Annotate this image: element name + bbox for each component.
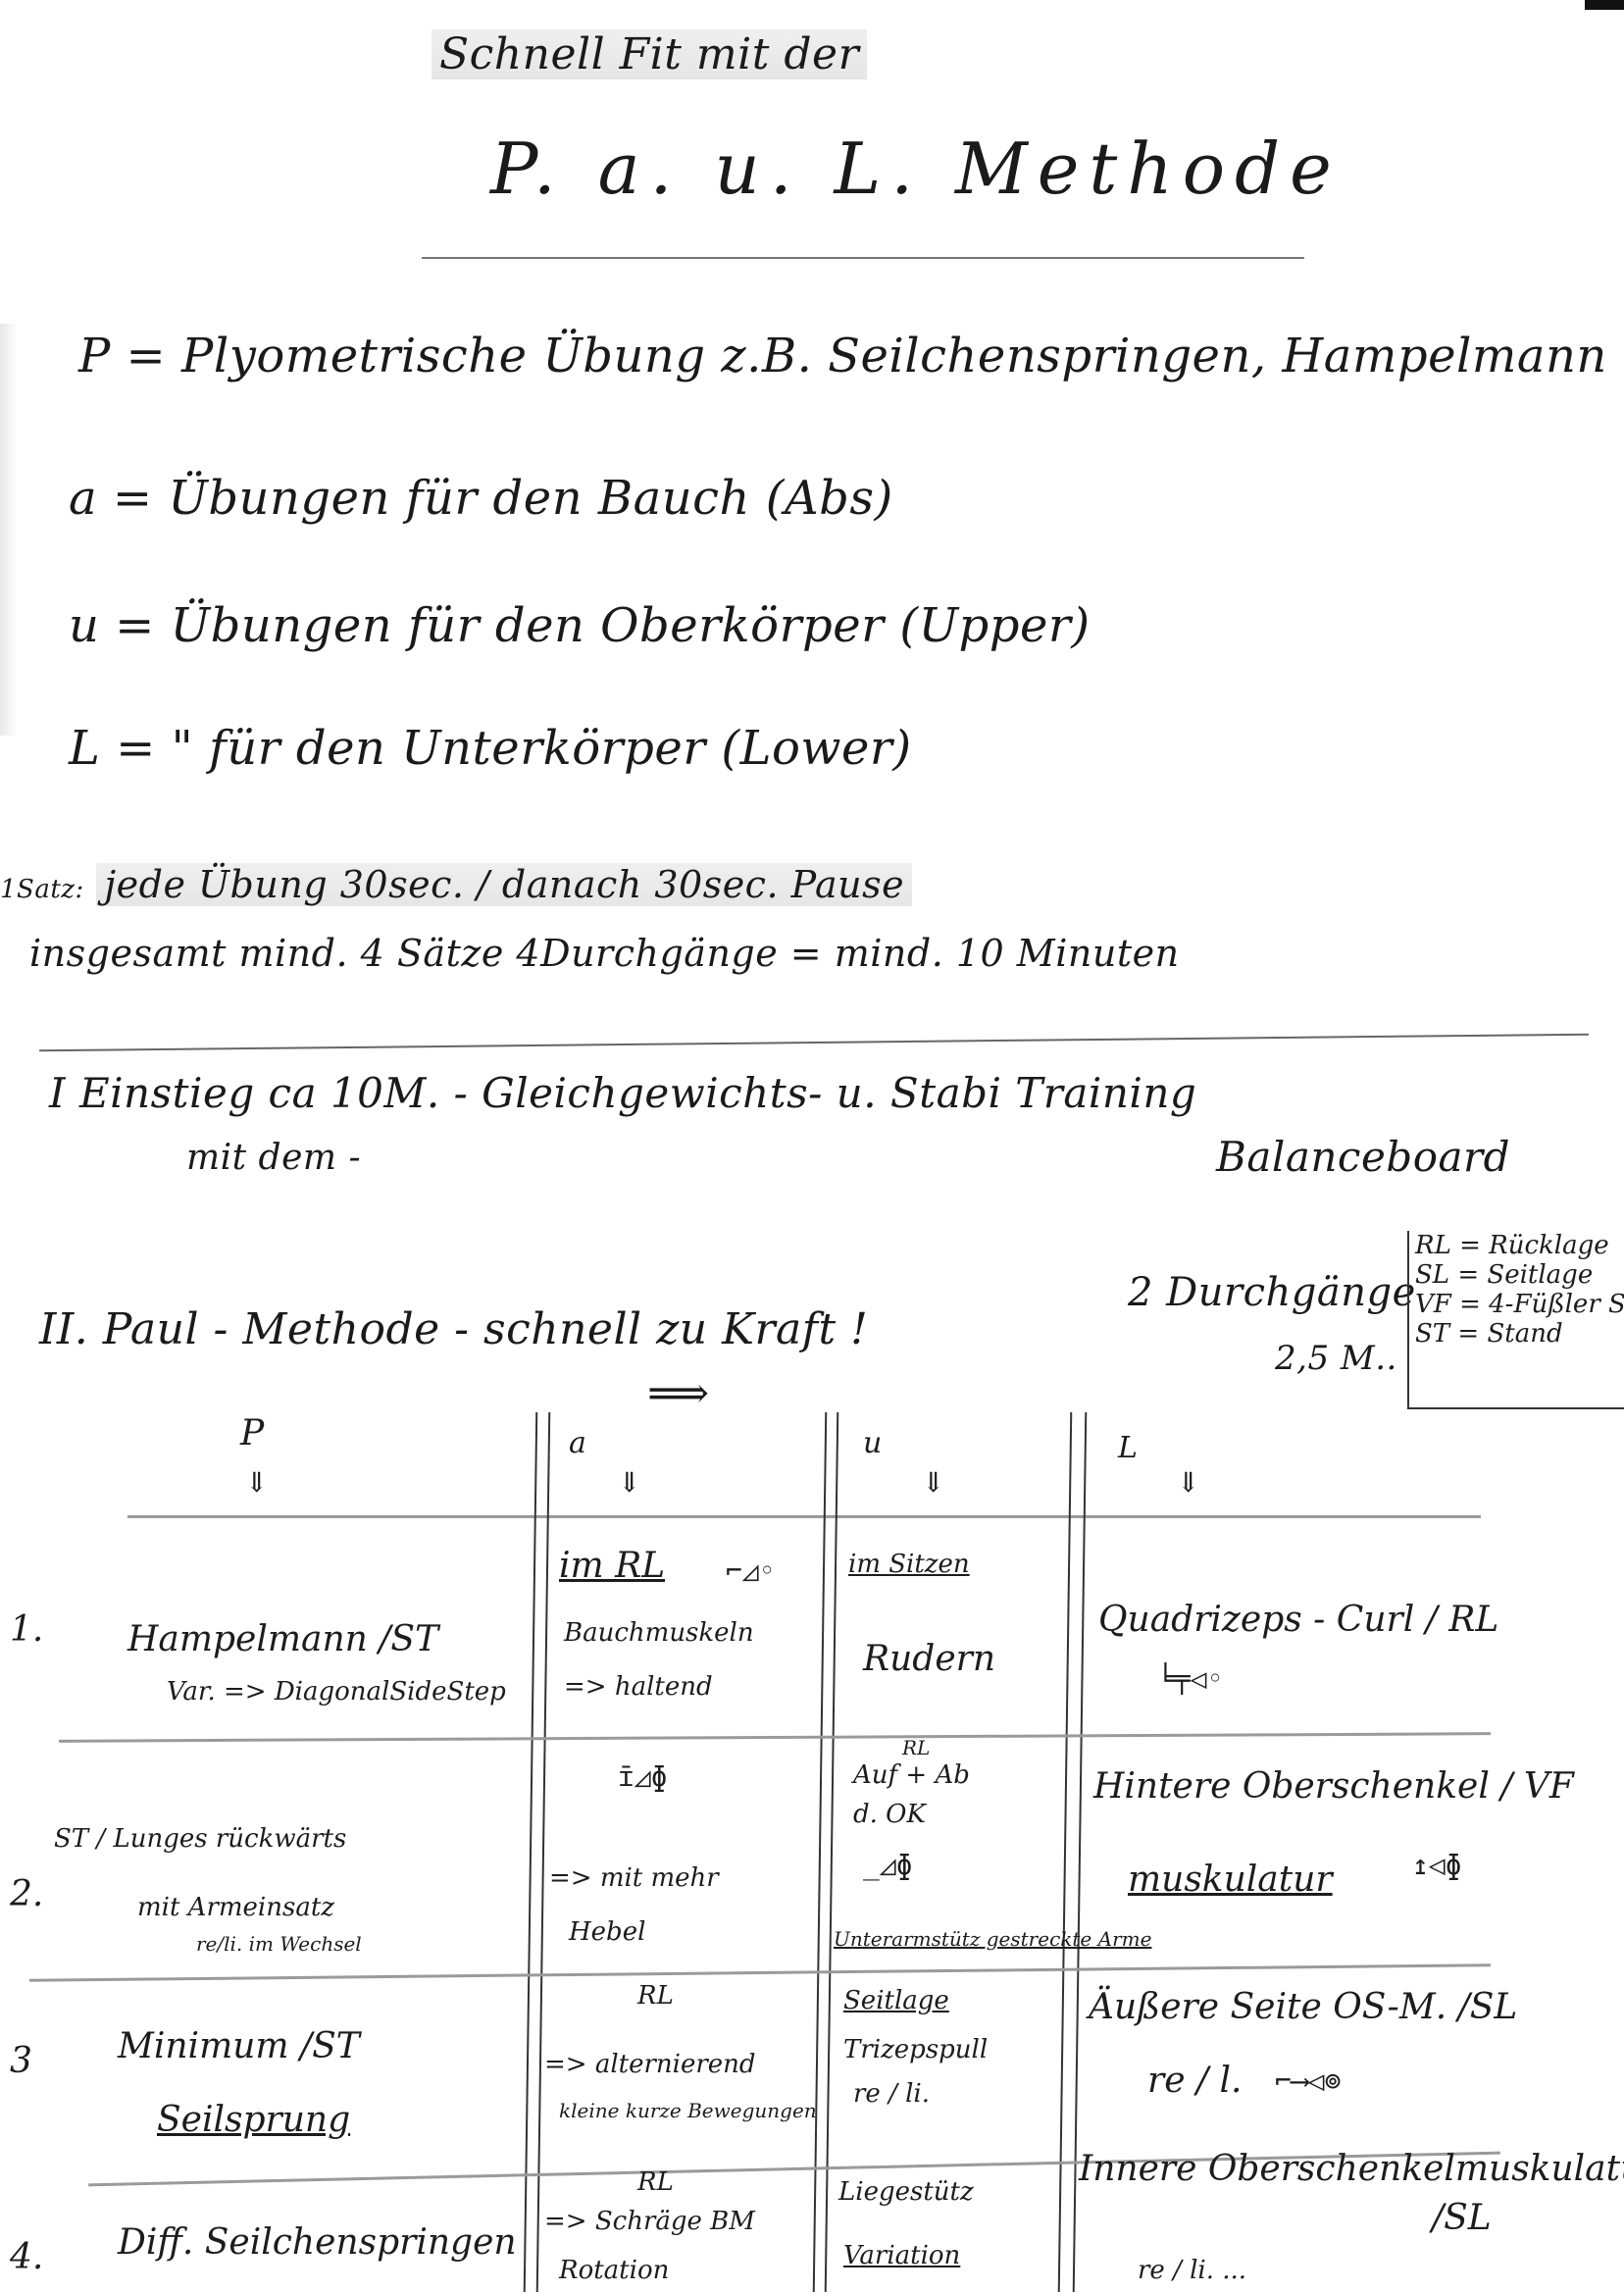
section-1-device: Balanceboard xyxy=(1216,1133,1510,1181)
column-divider xyxy=(825,1412,839,2292)
row-divider xyxy=(59,1732,1491,1743)
definition-letter: L = xyxy=(69,721,156,776)
cell-a-position: RL xyxy=(637,2167,674,2197)
row-number: 3 xyxy=(10,2040,32,2083)
exercise-sketch-icon: ⌐◿◦ xyxy=(726,1550,776,1593)
section-2-line: II. Paul - Methode - schnell zu Kraft ! xyxy=(39,1304,868,1354)
section-2-duration: 2,5 M.. xyxy=(1275,1339,1397,1378)
arrow-down-icon: ⇓ xyxy=(618,1461,640,1504)
cell-u-detail: Variation xyxy=(843,2241,960,2270)
row-number: 2. xyxy=(10,1873,43,1916)
exercise-sketch-icon: _◿ɸ xyxy=(863,1844,913,1887)
column-header-a: a xyxy=(569,1422,586,1465)
rule-text: jede Übung 30sec. / danach 30sec. Pause xyxy=(96,863,912,906)
cell-a: => Schräge BM xyxy=(544,2207,755,2236)
definition-text: Übungen für den Bauch (Abs) xyxy=(168,471,892,526)
title-underline xyxy=(422,257,1304,259)
cell-p: Hampelmann /ST xyxy=(127,1618,438,1661)
rule-line-1: 1Satz: jede Übung 30sec. / danach 30sec.… xyxy=(0,863,912,906)
scan-corner-mark xyxy=(1585,0,1624,10)
cell-p-detail: re/li. im Wechsel xyxy=(196,1932,362,1956)
cell-p-detail: mit Armeinsatz xyxy=(137,1893,334,1922)
definition-text: " für den Unterkörper (Lower) xyxy=(172,721,912,776)
cell-l: Äußere Seite OS-M. /SL xyxy=(1089,1986,1517,2029)
document-subtitle: Schnell Fit mit der xyxy=(431,29,867,79)
column-header-l: L xyxy=(1118,1427,1138,1470)
document-title: P. a. u. L. Methode xyxy=(490,127,1342,210)
section-2-rounds: 2 Durchgänge xyxy=(1128,1270,1416,1315)
cell-u-position: RL xyxy=(902,1736,930,1759)
cell-a-detail: kleine kurze Bewegungen xyxy=(559,2099,817,2122)
arrow-right-icon: ⟹ xyxy=(647,1368,710,1418)
legend-entry: VF = 4-Füßler Stand xyxy=(1415,1290,1624,1319)
cell-l-detail: re / li. ... xyxy=(1138,2256,1246,2285)
cell-u: Auf + Ab xyxy=(853,1760,970,1790)
column-header-u: u xyxy=(863,1422,882,1465)
column-divider xyxy=(524,1412,538,2292)
cell-l: Hintere Oberschenkel / VF xyxy=(1093,1765,1574,1808)
cell-u-note: Unterarmstütz gestreckte Arme xyxy=(834,1927,1151,1951)
row-divider xyxy=(29,1963,1491,1982)
row-number: 1. xyxy=(10,1608,43,1652)
exercise-sketch-icon: ↥◁ɸ xyxy=(1412,1844,1462,1887)
cell-p-variation: Var. => DiagonalSideStep xyxy=(167,1677,506,1706)
rule-prefix: 1Satz: xyxy=(0,875,84,904)
cell-u-detail: d. OK xyxy=(853,1800,926,1829)
cell-a-position: im RL xyxy=(559,1545,665,1588)
definition-letter: a = xyxy=(69,471,153,526)
exercise-sketch-icon: ⌐⟶◁⊚ xyxy=(1275,2060,1341,2103)
section-1-line-2: mit dem - xyxy=(186,1138,361,1178)
cell-l-position: /SL xyxy=(1432,2197,1492,2240)
cell-a: => mit mehr xyxy=(549,1863,719,1893)
exercise-sketch-icon: ɪ̄◿ɸ xyxy=(618,1756,668,1799)
column-divider xyxy=(813,1412,828,2292)
cell-l-detail: muskulatur xyxy=(1128,1859,1333,1902)
column-divider xyxy=(1058,1412,1073,2292)
cell-u-position: Seitlage xyxy=(843,1986,949,2015)
section-divider xyxy=(39,1034,1589,1052)
section-text: Paul - Methode - schnell zu Kraft ! xyxy=(103,1304,869,1354)
definition-u: u = Übungen für den Oberkörper (Upper) xyxy=(69,598,1091,653)
exercise-sketch-icon: ╘╤◁◦ xyxy=(1157,1657,1223,1701)
definition-a: a = Übungen für den Bauch (Abs) xyxy=(69,471,893,526)
header-rule xyxy=(127,1515,1481,1518)
cell-u-detail: re / li. xyxy=(853,2079,930,2109)
legend-entry: RL = Rücklage xyxy=(1415,1231,1624,1260)
cell-l: Innere Oberschenkelmuskulatur xyxy=(1079,2148,1624,2191)
definition-letter: u = xyxy=(69,598,155,653)
cell-p: ST / Lunges rückwärts xyxy=(54,1824,346,1854)
cell-u: Liegestütz xyxy=(838,2177,974,2207)
cell-p: Diff. Seilchenspringen xyxy=(118,2221,517,2265)
arrow-down-icon: ⇓ xyxy=(1177,1461,1199,1504)
cell-a-detail: => haltend xyxy=(564,1672,713,1702)
cell-a-detail: Rotation xyxy=(559,2256,669,2285)
cell-a-position: RL xyxy=(637,1981,674,2011)
section-text: Einstieg ca 10M. - Gleichgewichts- u. St… xyxy=(79,1069,1196,1117)
definition-text: Übungen für den Oberkörper (Upper) xyxy=(171,598,1091,653)
cell-u-position: im Sitzen xyxy=(848,1550,970,1579)
cell-p: Minimum /ST xyxy=(118,2025,360,2068)
cell-u: Trizepspull xyxy=(843,2035,988,2064)
definition-letter: P = xyxy=(78,329,166,383)
arrow-down-icon: ⇓ xyxy=(922,1461,944,1504)
definition-p: P = Plyometrische Übung z.B. Seilchenspr… xyxy=(78,329,1607,383)
legend-entry: SL = Seitlage xyxy=(1415,1260,1624,1290)
column-header-p: P xyxy=(240,1412,264,1455)
rule-line-2: insgesamt mind. 4 Sätze 4Durchgänge = mi… xyxy=(29,932,1180,975)
section-1-line: I Einstieg ca 10M. - Gleichgewichts- u. … xyxy=(49,1069,1196,1117)
arrow-down-icon: ⇓ xyxy=(245,1461,268,1504)
abbreviation-legend: RL = Rücklage SL = Seitlage VF = 4-Füßle… xyxy=(1407,1231,1624,1409)
definition-l: L = " für den Unterkörper (Lower) xyxy=(69,721,912,776)
definition-text: Plyometrische Übung z.B. Seilchenspringe… xyxy=(181,329,1607,383)
row-number: 4. xyxy=(10,2236,43,2279)
cell-a: => alternierend xyxy=(544,2050,756,2079)
cell-a-detail: Hebel xyxy=(569,1917,645,1947)
section-numeral: I xyxy=(49,1069,66,1117)
cell-a: Bauchmuskeln xyxy=(564,1618,754,1648)
cell-l-detail: re / l. xyxy=(1147,2060,1243,2103)
cell-u: Rudern xyxy=(863,1638,995,1681)
section-numeral: II. xyxy=(39,1304,88,1354)
legend-entry: ST = Stand xyxy=(1415,1319,1624,1349)
cell-l: Quadrizeps - Curl / RL xyxy=(1098,1599,1498,1642)
column-divider xyxy=(536,1412,551,2292)
cell-p-detail: Seilsprung xyxy=(157,2099,350,2142)
scan-shadow xyxy=(0,324,18,736)
